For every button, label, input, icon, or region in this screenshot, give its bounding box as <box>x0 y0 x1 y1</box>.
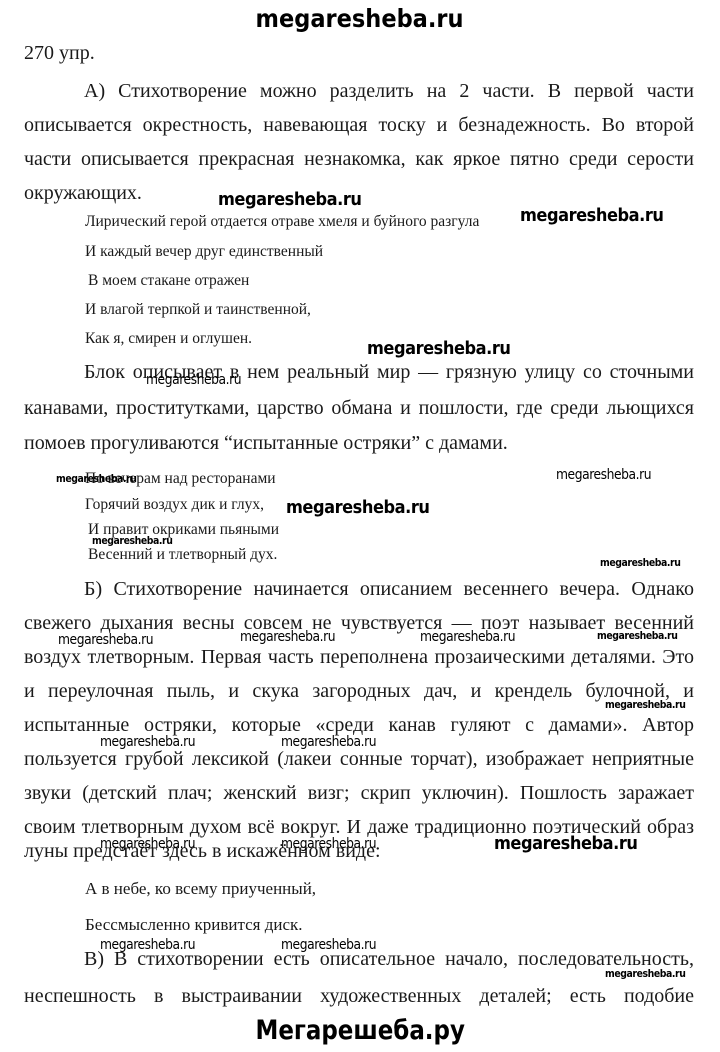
section-a-line: части описывается прекрасная незнакомка,… <box>24 148 694 171</box>
watermark: megaresheba.ru <box>146 372 241 388</box>
poem-line: И каждый вечер друг единственный <box>85 243 323 261</box>
watermark: megaresheba.ru <box>605 698 685 711</box>
watermark: megaresheba.ru <box>100 734 195 750</box>
poem-line: Как я, смирен и оглушен. <box>85 330 252 348</box>
watermark: megaresheba.ru <box>286 497 429 518</box>
watermark: megaresheba.ru <box>56 472 136 485</box>
watermark: megaresheba.ru <box>367 338 510 359</box>
watermark: megaresheba.ru <box>100 937 195 953</box>
section-b-line: звуки (детский плач; женский визг; скрип… <box>24 782 694 805</box>
watermark: megaresheba.ru <box>281 734 376 750</box>
poem-line: Горячий воздух дик и глух, <box>85 496 264 514</box>
section-c-line: неспешность в выстраивании художественны… <box>24 985 694 1008</box>
poem-line: А в небе, ко всему приученный, <box>85 879 316 899</box>
watermark: megaresheba.ru <box>58 632 153 648</box>
watermark: megaresheba.ru <box>597 629 677 642</box>
poem-line: Бессмысленно кривится диск. <box>85 915 303 935</box>
paragraph-line: Блок описывает в нем реальный мир — гряз… <box>24 361 694 384</box>
section-b-line: и переулочная пыль, и скука загородных д… <box>24 680 694 703</box>
watermark: megaresheba.ru <box>420 629 515 645</box>
poem-line: И влагой терпкой и таинственной, <box>85 301 311 319</box>
section-a-line: окружающих. <box>24 182 142 205</box>
site-watermark-header: megaresheba.ru <box>0 4 720 33</box>
watermark: megaresheba.ru <box>556 467 651 483</box>
section-b-line: Б) Стихотворение начинается описанием ве… <box>24 578 694 601</box>
section-a-line: описывается окрестность, навевающая тоск… <box>24 114 694 137</box>
paragraph-line: канавами, проститутками, царство обмана … <box>24 397 694 420</box>
poem-line: В моем стакане отражен <box>88 272 249 290</box>
watermark: megaresheba.ru <box>218 189 361 210</box>
watermark: megaresheba.ru <box>240 629 335 645</box>
watermark: megaresheba.ru <box>281 836 376 852</box>
watermark: megaresheba.ru <box>520 205 663 226</box>
section-a-line: А) Стихотворение можно разделить на 2 ча… <box>24 80 694 103</box>
paragraph-line: помоев прогуливаются “испытанные остряки… <box>24 432 508 455</box>
watermark: megaresheba.ru <box>92 534 172 547</box>
watermark: megaresheba.ru <box>494 833 637 854</box>
watermark: megaresheba.ru <box>100 836 195 852</box>
quote-intro: Лирический герой отдается отраве хмеля и… <box>85 213 479 231</box>
exercise-label: 270 упр. <box>24 42 95 65</box>
section-b-line: пользуется грубой лексикой (лакеи сонные… <box>24 748 694 771</box>
section-b-line: воздух тлетворным. Первая часть переполн… <box>24 646 694 669</box>
watermark: megaresheba.ru <box>600 556 680 569</box>
watermark: megaresheba.ru <box>605 967 685 980</box>
poem-line: Весенний и тлетворный дух. <box>88 546 277 564</box>
watermark: megaresheba.ru <box>281 937 376 953</box>
site-watermark-footer: Мегарешеба.ру <box>0 1015 720 1046</box>
